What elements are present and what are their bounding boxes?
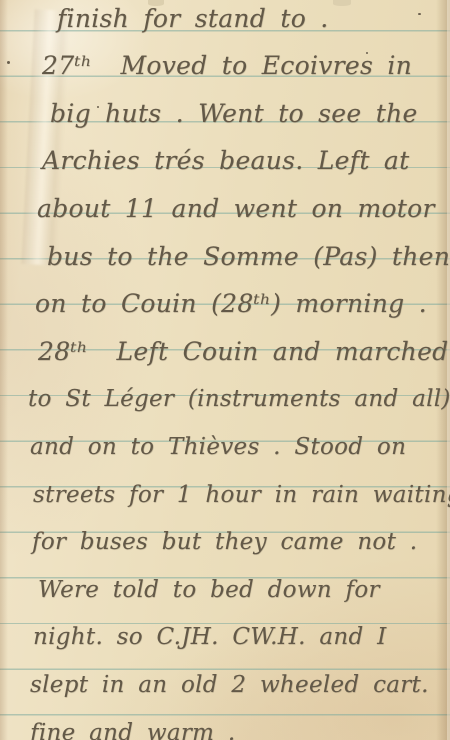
handwriting: finish for stand to . 27ᵗʰ Moved to Ecoi… — [0, 0, 450, 740]
handwriting-line-12: for buses but they came not . — [0, 509, 450, 557]
handwriting-line-7: on to Couin (28ᵗʰ) morning . — [0, 271, 450, 319]
handwriting-line-15: slept in an old 2 wheeled cart. — [0, 651, 450, 699]
handwriting-line-13: Were told to bed down for — [0, 556, 450, 604]
handwriting-line-11: streets for 1 hour in rain waiting — [0, 461, 450, 509]
handwriting-line-6: bus to the Somme (Pas) then — [0, 223, 450, 271]
handwriting-line-8: 28ᵗʰ Left Couin and marched — [0, 318, 450, 366]
handwriting-line-4: Archies trés beaus. Left at — [0, 128, 450, 176]
handwriting-line-5: about 11 and went on motor — [0, 175, 450, 223]
diary-page: finish for stand to . 27ᵗʰ Moved to Ecoi… — [0, 0, 450, 740]
top-edge-worn-gap — [333, 0, 351, 6]
top-edge-worn-gap — [148, 0, 164, 6]
handwriting-line-16: fine and warm . — [0, 699, 450, 740]
handwriting-line-14: night. so C.JH. CW.H. and I — [0, 604, 450, 652]
handwriting-line-2: 27ᵗʰ Moved to Ecoivres in — [0, 33, 450, 81]
handwriting-line-3: big huts . Went to see the — [0, 80, 450, 128]
handwriting-line-10: and on to Thièves . Stood on — [0, 413, 450, 461]
handwriting-line-9: to St Léger (instruments and all) — [0, 366, 450, 414]
